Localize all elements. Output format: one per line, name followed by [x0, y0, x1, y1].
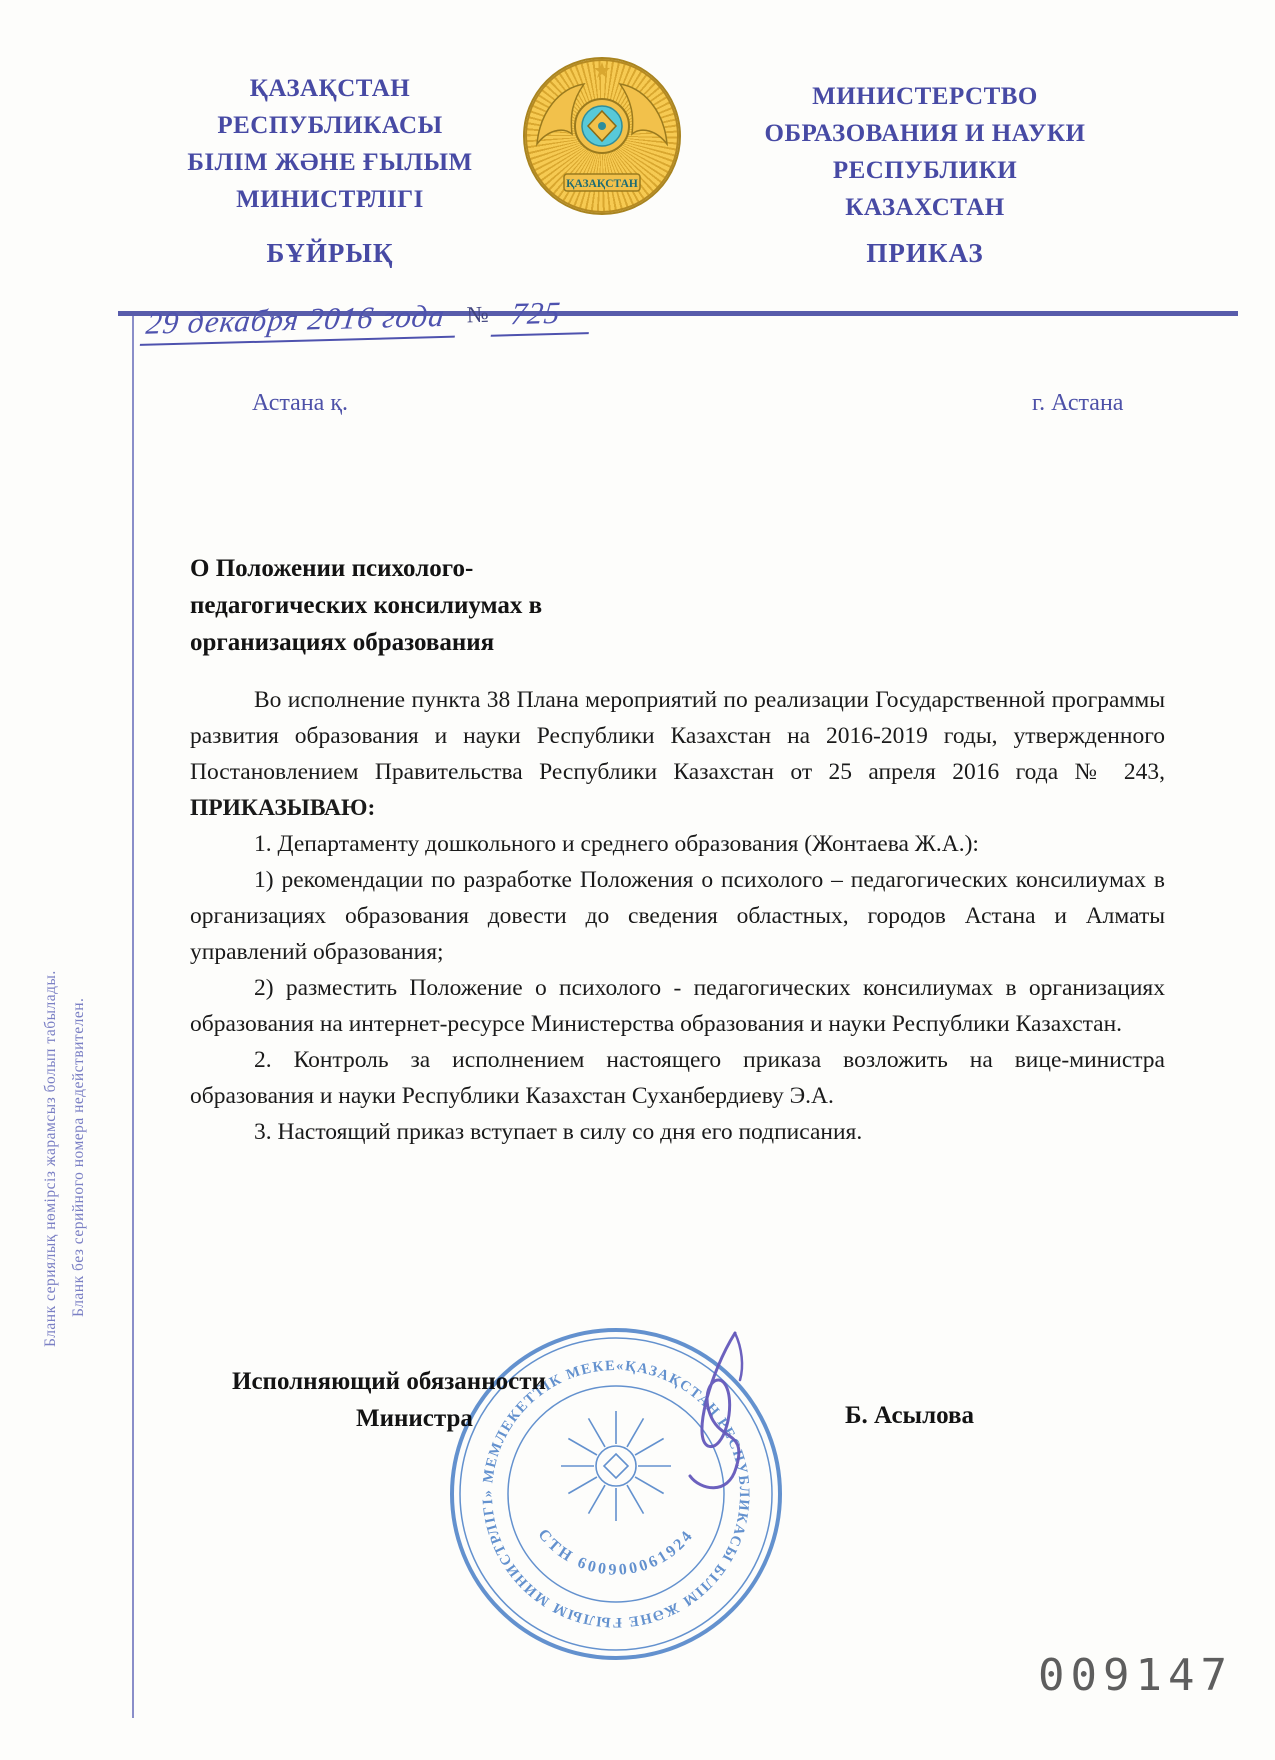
ministry-name-kk-line: БІЛІМ ЖӘНЕ ҒЫЛЫМ	[150, 144, 510, 181]
ministry-name-ru-line: МИНИСТЕРСТВО	[700, 78, 1150, 115]
city-ru: г. Астана	[1032, 390, 1123, 417]
blank-validity-note-ru: Бланк без серийного номера недействителе…	[70, 862, 88, 1317]
ministry-name-ru: МИНИСТЕРСТВО ОБРАЗОВАНИЯ И НАУКИ РЕСПУБЛ…	[700, 78, 1150, 226]
preamble-text: Во исполнение пункта 38 Плана мероприяти…	[190, 687, 1165, 785]
order-body: Во исполнение пункта 38 Плана мероприяти…	[190, 682, 1165, 1150]
paragraph-preamble: Во исполнение пункта 38 Плана мероприяти…	[190, 682, 1165, 826]
signer-name: Б. Асылова	[845, 1402, 974, 1430]
date-number-line: 29 декабря 2016 года№725	[142, 294, 591, 346]
ministry-name-kk-line: ҚАЗАҚСТАН	[150, 70, 510, 107]
ministry-name-ru-line: КАЗАХСТАН	[700, 189, 1150, 226]
ministry-name-ru-line: РЕСПУБЛИКИ	[700, 152, 1150, 189]
signature-autograph	[640, 1318, 800, 1518]
paragraph-item-1: 1. Департаменту дошкольного и среднего о…	[190, 826, 1165, 862]
handwritten-date: 29 декабря 2016 года	[140, 298, 459, 346]
paragraph-item-3: 3. Настоящий приказ вступает в силу со д…	[190, 1114, 1165, 1150]
order-subject-line: О Положении психолого-	[190, 550, 542, 587]
order-subject-line: организациях образования	[190, 624, 542, 661]
doc-type-kk: БҰЙРЫҚ	[150, 238, 510, 269]
blank-serial-number: 009147	[1038, 1650, 1233, 1701]
paragraph-item-2: 2. Контроль за исполнением настоящего пр…	[190, 1042, 1165, 1114]
number-sign: №	[466, 302, 489, 329]
ministry-name-kk-line: МИНИСТРЛІГІ	[150, 181, 510, 218]
svg-text:СТН 600900061924: СТН 600900061924	[534, 1526, 697, 1579]
emblem-banner-text: ҚАЗАҚСТАН	[566, 178, 638, 190]
paragraph-subitem-2: 2) разместить Положение о психолого - пе…	[190, 970, 1165, 1042]
emblem-graphic: ҚАЗАҚСТАН	[522, 56, 682, 216]
ministry-name-kk-line: РЕСПУБЛИКАСЫ	[150, 107, 510, 144]
left-margin-rule	[132, 316, 134, 1718]
state-emblem-icon: ҚАЗАҚСТАН	[522, 56, 682, 216]
prikazyvayu-keyword: ПРИКАЗЫВАЮ:	[190, 795, 375, 821]
document-page: ҚАЗАҚСТАН РЕСПУБЛИКАСЫ БІЛІМ ЖӘНЕ ҒЫЛЫМ …	[0, 0, 1275, 1760]
ministry-name-ru-line: ОБРАЗОВАНИЯ И НАУКИ	[700, 115, 1150, 152]
paragraph-subitem-1: 1) рекомендации по разработке Положения …	[190, 862, 1165, 970]
doc-type-ru: ПРИКАЗ	[700, 238, 1150, 269]
blank-validity-note-kk: Бланк сериялық нөмірсіз жарамсыз болып т…	[42, 772, 60, 1347]
handwritten-order-number: 725	[490, 294, 592, 337]
ministry-name-kk: ҚАЗАҚСТАН РЕСПУБЛИКАСЫ БІЛІМ ЖӘНЕ ҒЫЛЫМ …	[150, 70, 510, 218]
stamp-stn-number: СТН 600900061924	[534, 1526, 697, 1579]
order-subject-line: педагогических консилиумах в	[190, 587, 542, 624]
city-kk: Астана қ.	[252, 390, 348, 417]
order-subject: О Положении психолого- педагогических ко…	[190, 550, 542, 661]
